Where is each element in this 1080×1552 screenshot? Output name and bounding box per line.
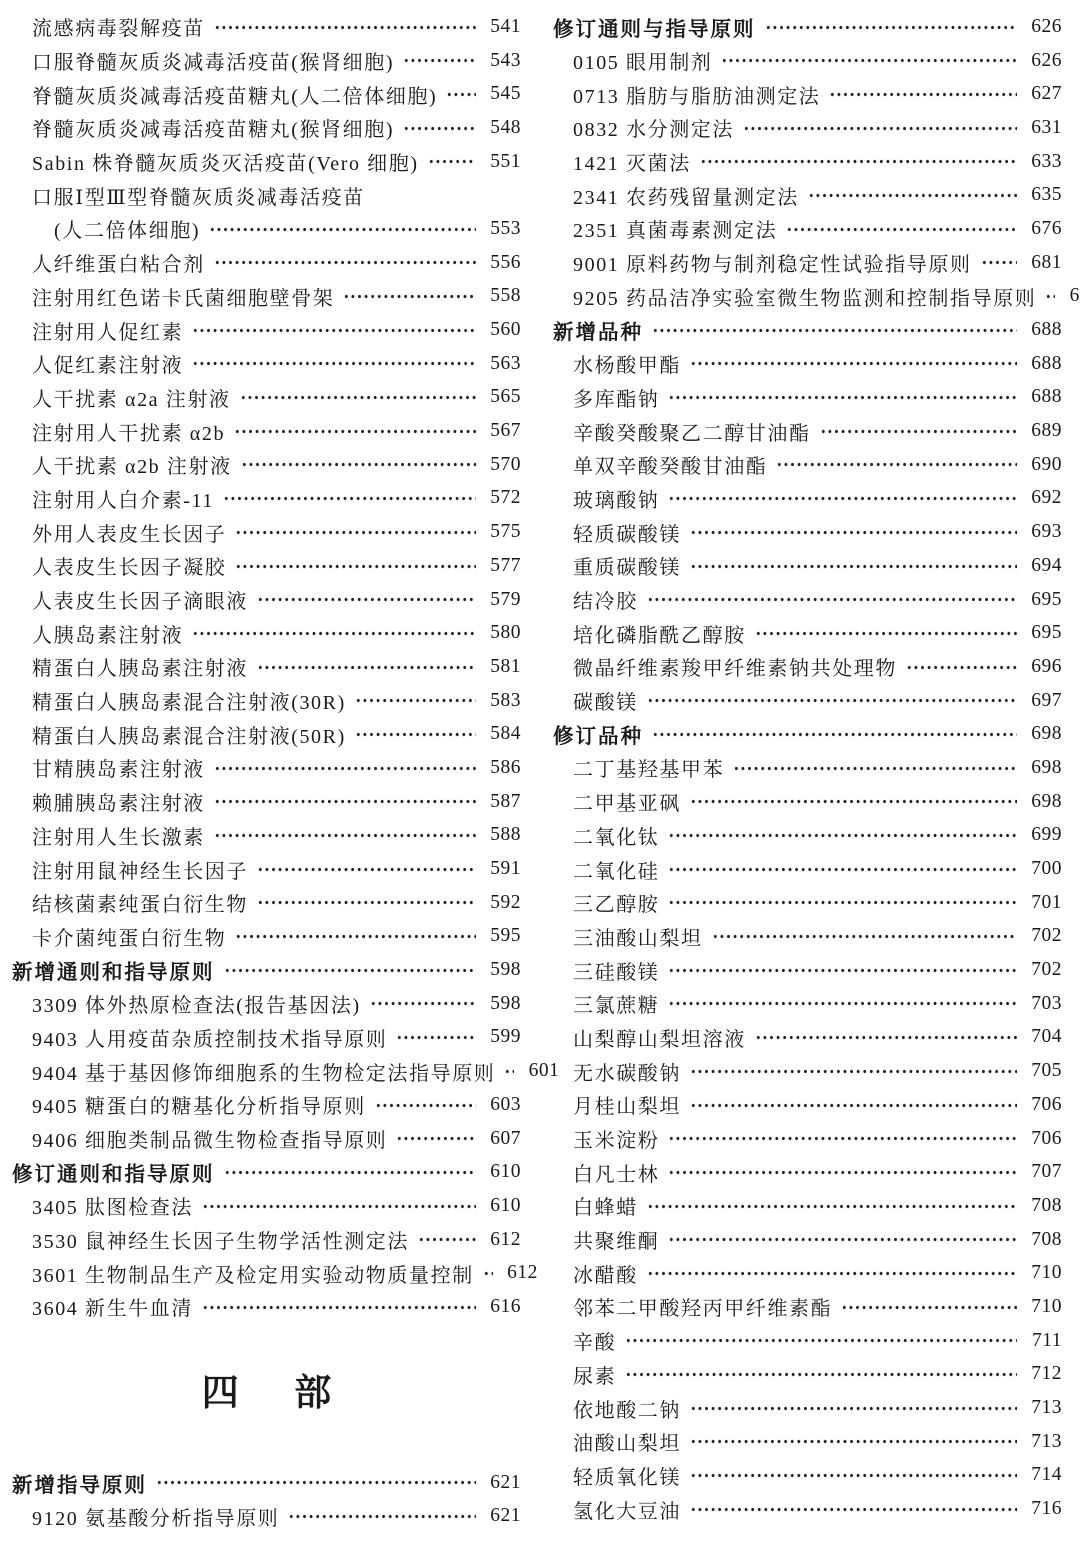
dot-leader bbox=[755, 1021, 1017, 1055]
toc-entry-row: 口服脊髓灰质炎减毒活疫苗(猴肾细胞)543 bbox=[12, 44, 521, 78]
page-number: 681 bbox=[1024, 252, 1062, 274]
dot-leader bbox=[668, 819, 1017, 853]
toc-entry-row: 三油酸山梨坦702 bbox=[553, 920, 1062, 954]
entry-title: 山梨醇山梨坦溶液 bbox=[553, 1023, 746, 1052]
dot-leader bbox=[257, 852, 476, 886]
section-heading-label: 新增品种 bbox=[553, 315, 643, 345]
toc-entry-row: 2341 农药残留量测定法635 bbox=[553, 178, 1062, 212]
dot-leader bbox=[214, 785, 476, 819]
entry-title: 三氯蔗糖 bbox=[553, 989, 659, 1018]
toc-entry-row: 水杨酸甲酯688 bbox=[553, 347, 1062, 381]
page-number: 688 bbox=[1024, 319, 1062, 341]
dot-leader bbox=[235, 549, 476, 583]
toc-entry-row: 脊髓灰质炎减毒活疫苗糖丸(人二倍体细胞)545 bbox=[12, 77, 521, 111]
page-number: 713 bbox=[1024, 1431, 1062, 1453]
page-number: 612 bbox=[483, 1229, 521, 1251]
dot-leader bbox=[668, 852, 1017, 886]
entry-title: 玻璃酸钠 bbox=[553, 484, 659, 513]
dot-leader bbox=[209, 212, 476, 246]
entry-title: 脊髓灰质炎减毒活疫苗糖丸(人二倍体细胞) bbox=[12, 80, 437, 109]
toc-entry-row: 9403 人用疫苗杂质控制技术指导原则599 bbox=[12, 1021, 521, 1055]
dot-leader bbox=[241, 448, 476, 482]
toc-entry-row: 辛酸711 bbox=[553, 1324, 1062, 1358]
entry-title: 精蛋白人胰岛素混合注射液(30R) bbox=[12, 686, 346, 715]
dot-leader bbox=[192, 347, 476, 381]
toc-section-heading-row: 新增通则和指导原则598 bbox=[12, 953, 521, 987]
entry-title: 3405 肽图检查法 bbox=[12, 1191, 193, 1220]
dot-leader bbox=[625, 1324, 1017, 1358]
page-number: 616 bbox=[483, 1296, 521, 1318]
page-number: 560 bbox=[483, 319, 521, 341]
entry-title: 9406 细胞类制品微生物检查指导原则 bbox=[12, 1124, 387, 1153]
toc-entry-row: (人二倍体细胞)553 bbox=[12, 212, 521, 246]
page-number: 627 bbox=[1024, 83, 1062, 105]
page-number: 592 bbox=[483, 892, 521, 914]
entry-title: 口服Ⅰ型Ⅲ型脊髓灰质炎减毒活疫苗 bbox=[12, 181, 365, 210]
dot-leader bbox=[257, 886, 476, 920]
dot-leader bbox=[418, 1223, 476, 1257]
toc-entry-row: 玉米淀粉706 bbox=[553, 1122, 1062, 1156]
page-number: 553 bbox=[483, 218, 521, 240]
page-number: 708 bbox=[1024, 1229, 1062, 1251]
dot-leader bbox=[1045, 280, 1055, 314]
page-number: 586 bbox=[483, 757, 521, 779]
dot-leader bbox=[647, 583, 1017, 617]
entry-title: 人干扰素 α2a 注射液 bbox=[12, 383, 231, 412]
section-heading-label: 修订通则和指导原则 bbox=[12, 1157, 215, 1187]
entry-title: 人纤维蛋白粘合剂 bbox=[12, 248, 205, 277]
page-number: 598 bbox=[483, 959, 521, 981]
page-number: 599 bbox=[483, 1026, 521, 1048]
dot-leader bbox=[202, 1290, 476, 1324]
toc-entry-row: 单双辛酸癸酸甘油酯690 bbox=[553, 448, 1062, 482]
entry-title: 单双辛酸癸酸甘油酯 bbox=[553, 450, 767, 479]
dot-leader bbox=[820, 414, 1017, 448]
toc-entry-row: Sabin 株脊髓灰质炎灭活疫苗(Vero 细胞)551 bbox=[12, 145, 521, 179]
page-number: 705 bbox=[1024, 1060, 1062, 1082]
toc-entry-row: 甘精胰岛素注射液586 bbox=[12, 751, 521, 785]
toc-entry-row: 赖脯胰岛素注射液587 bbox=[12, 785, 521, 819]
toc-entry-row: 依地酸二钠713 bbox=[553, 1391, 1062, 1425]
toc-entry-row: 9404 基于基因修饰细胞系的生物检定法指导原则601 bbox=[12, 1054, 521, 1088]
toc-entry-row: 3309 体外热原检查法(报告基因法)598 bbox=[12, 987, 521, 1021]
entry-title: 重质碳酸镁 bbox=[553, 551, 681, 580]
page-number: 701 bbox=[1024, 892, 1062, 914]
toc-entry-row: 微晶纤维素羧甲纤维素钠共处理物696 bbox=[553, 650, 1062, 684]
entry-title: 口服脊髓灰质炎减毒活疫苗(猴肾细胞) bbox=[12, 46, 394, 75]
page-number: 621 bbox=[483, 1472, 521, 1494]
dot-leader bbox=[214, 10, 476, 44]
dot-leader bbox=[690, 347, 1017, 381]
entry-title: 三油酸山梨坦 bbox=[553, 922, 703, 951]
toc-entry-row: 卡介菌纯蛋白衍生物595 bbox=[12, 920, 521, 954]
entry-title: 精蛋白人胰岛素注射液 bbox=[12, 652, 248, 681]
dot-leader bbox=[721, 44, 1017, 78]
toc-entry-row: 脊髓灰质炎减毒活疫苗糖丸(猴肾细胞)548 bbox=[12, 111, 521, 145]
entry-title: 9404 基于基因修饰细胞系的生物检定法指导原则 bbox=[12, 1057, 495, 1086]
page-number: 565 bbox=[483, 386, 521, 408]
page-number: 567 bbox=[483, 420, 521, 442]
entry-title: Sabin 株脊髓灰质炎灭活疫苗(Vero 细胞) bbox=[12, 147, 419, 176]
page-number: 577 bbox=[483, 555, 521, 577]
toc-entry-row: 白蜂蜡708 bbox=[553, 1189, 1062, 1223]
entry-title: 冰醋酸 bbox=[553, 1259, 638, 1288]
entry-title: 氢化大豆油 bbox=[553, 1495, 681, 1524]
entry-title: 1421 灭菌法 bbox=[553, 147, 691, 176]
page-number: 621 bbox=[483, 1505, 521, 1527]
page-number: 713 bbox=[1024, 1397, 1062, 1419]
toc-column-right: 修订通则与指导原则6260105 眼用制剂6260713 脂肪与脂肪油测定法62… bbox=[553, 10, 1062, 1552]
dot-leader bbox=[755, 616, 1017, 650]
entry-title: 月桂山梨坦 bbox=[553, 1090, 681, 1119]
page-number: 684 bbox=[1062, 285, 1080, 307]
dot-leader bbox=[690, 1054, 1017, 1088]
toc-entry-row: 玻璃酸钠692 bbox=[553, 482, 1062, 516]
toc-section-heading-row: 新增品种688 bbox=[553, 313, 1062, 347]
entry-title: 二丁基羟基甲苯 bbox=[553, 753, 724, 782]
entry-title: 注射用人干扰素 α2b bbox=[12, 417, 225, 446]
page-number: 712 bbox=[1024, 1363, 1062, 1385]
dot-leader bbox=[214, 246, 476, 280]
dot-leader bbox=[690, 549, 1017, 583]
toc-section-heading-row: 修订通则和指导原则610 bbox=[12, 1155, 521, 1189]
entry-title: 玉米淀粉 bbox=[553, 1124, 659, 1153]
dot-leader bbox=[504, 1054, 514, 1088]
entry-title: 无水碳酸钠 bbox=[553, 1057, 681, 1086]
entry-title: 注射用人促红素 bbox=[12, 316, 183, 345]
toc-entry-row: 月桂山梨坦706 bbox=[553, 1088, 1062, 1122]
entry-title: 白蜂蜡 bbox=[553, 1191, 638, 1220]
toc-entry-row: 0105 眼用制剂626 bbox=[553, 44, 1062, 78]
toc-entry-row: 氢化大豆油716 bbox=[553, 1492, 1062, 1526]
toc-entry-row: 二甲基亚砜698 bbox=[553, 785, 1062, 819]
toc-section-heading-row: 新增指导原则621 bbox=[12, 1466, 521, 1500]
page-number: 702 bbox=[1024, 925, 1062, 947]
entry-title: 尿素 bbox=[553, 1360, 616, 1389]
entry-title: 培化磷脂酰乙醇胺 bbox=[553, 619, 746, 648]
page-number: 591 bbox=[483, 858, 521, 880]
dot-leader bbox=[370, 987, 476, 1021]
toc-entry-row: 3604 新生牛血清616 bbox=[12, 1290, 521, 1324]
dot-leader bbox=[403, 44, 476, 78]
toc-entry-row: 人胰岛素注射液580 bbox=[12, 616, 521, 650]
dot-leader bbox=[396, 1021, 476, 1055]
dot-leader bbox=[981, 246, 1017, 280]
entry-title: 2351 真菌毒素测定法 bbox=[553, 214, 777, 243]
toc-entry-row: 注射用人白介素-11572 bbox=[12, 482, 521, 516]
page-number: 698 bbox=[1024, 757, 1062, 779]
page-number: 626 bbox=[1024, 50, 1062, 72]
entry-title: 邻苯二甲酸羟丙甲纤维素酯 bbox=[553, 1292, 832, 1321]
dot-leader bbox=[224, 953, 477, 987]
toc-entry-row: 重质碳酸镁694 bbox=[553, 549, 1062, 583]
toc-entry-row: 2351 真菌毒素测定法676 bbox=[553, 212, 1062, 246]
toc-entry-row: 3530 鼠神经生长因子生物学活性测定法612 bbox=[12, 1223, 521, 1257]
dot-leader bbox=[765, 10, 1018, 44]
page-number: 698 bbox=[1024, 723, 1062, 745]
dot-leader bbox=[786, 212, 1017, 246]
entry-title: 微晶纤维素羧甲纤维素钠共处理物 bbox=[553, 652, 897, 681]
entry-title: 精蛋白人胰岛素混合注射液(50R) bbox=[12, 720, 346, 749]
section-heading-label: 新增通则和指导原则 bbox=[12, 955, 215, 985]
page-number: 688 bbox=[1024, 353, 1062, 375]
page-number: 710 bbox=[1024, 1296, 1062, 1318]
toc-entry-row: 人纤维蛋白粘合剂556 bbox=[12, 246, 521, 280]
page-number: 694 bbox=[1024, 555, 1062, 577]
dot-leader bbox=[690, 515, 1017, 549]
toc-column-left: 流感病毒裂解疫苗541口服脊髓灰质炎减毒活疫苗(猴肾细胞)543脊髓灰质炎减毒活… bbox=[12, 10, 521, 1552]
page-number: 570 bbox=[483, 454, 521, 476]
toc-entry-row: 结冷胶695 bbox=[553, 583, 1062, 617]
entry-title: 二氧化钛 bbox=[553, 821, 659, 850]
toc-entry-row: 精蛋白人胰岛素混合注射液(30R)583 bbox=[12, 684, 521, 718]
toc-entry-row: 山梨醇山梨坦溶液704 bbox=[553, 1021, 1062, 1055]
page-number: 583 bbox=[483, 690, 521, 712]
page-number: 633 bbox=[1024, 151, 1062, 173]
page-number: 545 bbox=[483, 83, 521, 105]
toc-entry-row: 二丁基羟基甲苯698 bbox=[553, 751, 1062, 785]
page-number: 580 bbox=[483, 622, 521, 644]
dot-leader bbox=[668, 381, 1017, 415]
entry-title: 结核菌素纯蛋白衍生物 bbox=[12, 888, 248, 917]
toc-section-heading-row: 修订通则与指导原则626 bbox=[553, 10, 1062, 44]
toc-entry-row: 人干扰素 α2b 注射液570 bbox=[12, 448, 521, 482]
toc-entry-row: 口服Ⅰ型Ⅲ型脊髓灰质炎减毒活疫苗 bbox=[12, 178, 521, 212]
toc-entry-row: 人表皮生长因子滴眼液579 bbox=[12, 583, 521, 617]
dot-leader bbox=[647, 1256, 1017, 1290]
page-number: 693 bbox=[1024, 521, 1062, 543]
dot-leader bbox=[288, 1500, 476, 1534]
toc-entry-row: 注射用人生长激素588 bbox=[12, 819, 521, 853]
entry-title: 人表皮生长因子滴眼液 bbox=[12, 585, 248, 614]
dot-leader bbox=[690, 1425, 1017, 1459]
toc-entry-row: 碳酸镁697 bbox=[553, 684, 1062, 718]
toc-entry-row: 注射用人干扰素 α2b567 bbox=[12, 414, 521, 448]
page-number: 716 bbox=[1024, 1498, 1062, 1520]
entry-title: 轻质碳酸镁 bbox=[553, 518, 681, 547]
toc-entry-row: 无水碳酸钠705 bbox=[553, 1054, 1062, 1088]
page-number: 572 bbox=[483, 487, 521, 509]
dot-leader bbox=[690, 1492, 1017, 1526]
toc-entry-row: 9405 糖蛋白的糖基化分析指导原则603 bbox=[12, 1088, 521, 1122]
page-number: 541 bbox=[483, 16, 521, 38]
page-number: 584 bbox=[483, 723, 521, 745]
dot-leader bbox=[733, 751, 1017, 785]
dot-leader bbox=[235, 920, 476, 954]
entry-title: 人胰岛素注射液 bbox=[12, 619, 183, 648]
dot-leader bbox=[156, 1466, 476, 1500]
page-number: 607 bbox=[483, 1128, 521, 1150]
toc-entry-row: 培化磷脂酰乙醇胺695 bbox=[553, 616, 1062, 650]
entry-title: 0832 水分测定法 bbox=[553, 113, 734, 142]
page-number: 692 bbox=[1024, 487, 1062, 509]
page-number: 695 bbox=[1024, 622, 1062, 644]
dot-leader bbox=[257, 583, 476, 617]
page-number: 635 bbox=[1024, 184, 1062, 206]
dot-leader bbox=[396, 1122, 476, 1156]
dot-leader bbox=[234, 414, 476, 448]
dot-leader bbox=[743, 111, 1017, 145]
toc-entry-row: 9001 原料药物与制剂稳定性试验指导原则681 bbox=[553, 246, 1062, 280]
toc-page: 流感病毒裂解疫苗541口服脊髓灰质炎减毒活疫苗(猴肾细胞)543脊髓灰质炎减毒活… bbox=[0, 0, 1080, 1552]
page-number: 688 bbox=[1024, 386, 1062, 408]
toc-entry-row: 9205 药品洁净实验室微生物监测和控制指导原则684 bbox=[553, 280, 1062, 314]
dot-leader bbox=[712, 920, 1017, 954]
dot-leader bbox=[257, 650, 476, 684]
toc-entry-row: 三氯蔗糖703 bbox=[553, 987, 1062, 1021]
dot-leader bbox=[446, 77, 476, 111]
toc-entry-row: 9406 细胞类制品微生物检查指导原则607 bbox=[12, 1122, 521, 1156]
entry-title: 9001 原料药物与制剂稳定性试验指导原则 bbox=[553, 248, 972, 277]
toc-entry-row: 轻质碳酸镁693 bbox=[553, 515, 1062, 549]
entry-title: 注射用红色诺卡氏菌细胞壁骨架 bbox=[12, 282, 334, 311]
toc-entry-row: 流感病毒裂解疫苗541 bbox=[12, 10, 521, 44]
toc-entry-row: 二氧化硅700 bbox=[553, 852, 1062, 886]
page-number: 698 bbox=[1024, 791, 1062, 813]
toc-entry-row: 三乙醇胺701 bbox=[553, 886, 1062, 920]
entry-title: 0713 脂肪与脂肪油测定法 bbox=[553, 80, 820, 109]
toc-entry-row: 人干扰素 α2a 注射液565 bbox=[12, 381, 521, 415]
dot-leader bbox=[403, 111, 476, 145]
dot-leader bbox=[240, 381, 476, 415]
toc-section-heading-row: 修订品种698 bbox=[553, 717, 1062, 751]
entry-title: 二氧化硅 bbox=[553, 855, 659, 884]
toc-entry-row: 精蛋白人胰岛素混合注射液(50R)584 bbox=[12, 717, 521, 751]
page-number: 548 bbox=[483, 117, 521, 139]
dot-leader bbox=[483, 1256, 493, 1290]
dot-leader bbox=[235, 515, 476, 549]
toc-entry-row: 轻质氧化镁714 bbox=[553, 1459, 1062, 1493]
entry-title: 辛酸癸酸聚乙二醇甘油酯 bbox=[553, 417, 811, 446]
page-number: 579 bbox=[483, 589, 521, 611]
entry-title: 流感病毒裂解疫苗 bbox=[12, 12, 205, 41]
dot-leader bbox=[647, 684, 1017, 718]
page-number: 556 bbox=[483, 252, 521, 274]
dot-leader bbox=[355, 717, 476, 751]
page-number: 697 bbox=[1024, 690, 1062, 712]
entry-title: 油酸山梨坦 bbox=[553, 1427, 681, 1456]
dot-leader bbox=[906, 650, 1017, 684]
page-number: 689 bbox=[1024, 420, 1062, 442]
page-number: 696 bbox=[1024, 656, 1062, 678]
dot-leader bbox=[202, 1189, 476, 1223]
entry-title: 轻质氧化镁 bbox=[553, 1461, 681, 1490]
toc-entry-row: 0713 脂肪与脂肪油测定法627 bbox=[553, 77, 1062, 111]
entry-title: 3604 新生牛血清 bbox=[12, 1292, 193, 1321]
entry-title: 2341 农药残留量测定法 bbox=[553, 181, 799, 210]
entry-title: 0105 眼用制剂 bbox=[553, 46, 712, 75]
dot-leader bbox=[668, 1155, 1017, 1189]
toc-entry-row: 3405 肽图检查法610 bbox=[12, 1189, 521, 1223]
entry-title: 9403 人用疫苗杂质控制技术指导原则 bbox=[12, 1023, 387, 1052]
page-number: 612 bbox=[500, 1262, 538, 1284]
toc-entry-row: 尿素712 bbox=[553, 1358, 1062, 1392]
entry-title: 注射用鼠神经生长因子 bbox=[12, 855, 248, 884]
dot-leader bbox=[375, 1088, 476, 1122]
section-heading-label: 修订品种 bbox=[553, 719, 643, 749]
dot-leader bbox=[192, 616, 476, 650]
page-number: 587 bbox=[483, 791, 521, 813]
entry-title: 注射用人白介素-11 bbox=[12, 484, 214, 513]
page-number: 563 bbox=[483, 353, 521, 375]
page-number: 598 bbox=[483, 993, 521, 1015]
entry-title: 9405 糖蛋白的糖基化分析指导原则 bbox=[12, 1090, 366, 1119]
page-number: 703 bbox=[1024, 993, 1062, 1015]
entry-title: 共聚维酮 bbox=[553, 1225, 659, 1254]
dot-leader bbox=[690, 785, 1017, 819]
page-number: 631 bbox=[1024, 117, 1062, 139]
toc-entry-row: 二氧化钛699 bbox=[553, 819, 1062, 853]
page-number: 581 bbox=[483, 656, 521, 678]
page-number: 707 bbox=[1024, 1161, 1062, 1183]
entry-title: 水杨酸甲酯 bbox=[553, 349, 681, 378]
page-number: 588 bbox=[483, 824, 521, 846]
page-number: 706 bbox=[1024, 1128, 1062, 1150]
toc-entry-row: 注射用鼠神经生长因子591 bbox=[12, 852, 521, 886]
dot-leader bbox=[192, 313, 476, 347]
dot-leader bbox=[668, 886, 1017, 920]
toc-entry-row: 白凡士林707 bbox=[553, 1155, 1062, 1189]
dot-leader bbox=[690, 1459, 1017, 1493]
page-number: 626 bbox=[1024, 16, 1062, 38]
toc-entry-row: 人促红素注射液563 bbox=[12, 347, 521, 381]
entry-title: 外用人表皮生长因子 bbox=[12, 518, 226, 547]
entry-title: 人促红素注射液 bbox=[12, 349, 183, 378]
dot-leader bbox=[428, 145, 476, 179]
section-heading-label: 新增指导原则 bbox=[12, 1468, 147, 1498]
entry-title: 三硅酸镁 bbox=[553, 956, 659, 985]
page-number: 575 bbox=[483, 521, 521, 543]
page-number: 610 bbox=[483, 1161, 521, 1183]
dot-leader bbox=[690, 1391, 1017, 1425]
dot-leader bbox=[668, 1223, 1017, 1257]
page-number: 702 bbox=[1024, 959, 1062, 981]
entry-title: 3309 体外热原检查法(报告基因法) bbox=[12, 989, 361, 1018]
toc-entry-row: 注射用红色诺卡氏菌细胞壁骨架558 bbox=[12, 280, 521, 314]
dot-leader bbox=[652, 717, 1017, 751]
entry-title: 二甲基亚砜 bbox=[553, 787, 681, 816]
dot-leader bbox=[214, 819, 476, 853]
dot-leader bbox=[829, 77, 1017, 111]
entry-title: 白凡士林 bbox=[553, 1158, 659, 1187]
entry-title: 甘精胰岛素注射液 bbox=[12, 753, 205, 782]
toc-entry-row: 外用人表皮生长因子575 bbox=[12, 515, 521, 549]
entry-title: 赖脯胰岛素注射液 bbox=[12, 787, 205, 816]
page-number: 710 bbox=[1024, 1262, 1062, 1284]
entry-title: 人表皮生长因子凝胶 bbox=[12, 551, 226, 580]
page-number: 543 bbox=[483, 50, 521, 72]
page-number: 695 bbox=[1024, 589, 1062, 611]
entry-title: 多库酯钠 bbox=[553, 383, 659, 412]
toc-entry-row: 1421 灭菌法633 bbox=[553, 145, 1062, 179]
toc-entry-row: 邻苯二甲酸羟丙甲纤维素酯710 bbox=[553, 1290, 1062, 1324]
page-number: 700 bbox=[1024, 858, 1062, 880]
entry-title: 卡介菌纯蛋白衍生物 bbox=[12, 922, 226, 951]
entry-title: 依地酸二钠 bbox=[553, 1394, 681, 1423]
page-number: 711 bbox=[1024, 1330, 1062, 1352]
toc-entry-row: 精蛋白人胰岛素注射液581 bbox=[12, 650, 521, 684]
dot-leader bbox=[647, 1189, 1017, 1223]
entry-title: 3601 生物制品生产及检定用实验动物质量控制 bbox=[12, 1259, 474, 1288]
page-number: 676 bbox=[1024, 218, 1062, 240]
dot-leader bbox=[343, 280, 476, 314]
toc-entry-row: 油酸山梨坦713 bbox=[553, 1425, 1062, 1459]
page-number: 714 bbox=[1024, 1464, 1062, 1486]
page-number: 551 bbox=[483, 151, 521, 173]
page-number: 704 bbox=[1024, 1026, 1062, 1048]
entry-title: 9205 药品洁净实验室微生物监测和控制指导原则 bbox=[553, 282, 1036, 311]
page-number: 699 bbox=[1024, 824, 1062, 846]
